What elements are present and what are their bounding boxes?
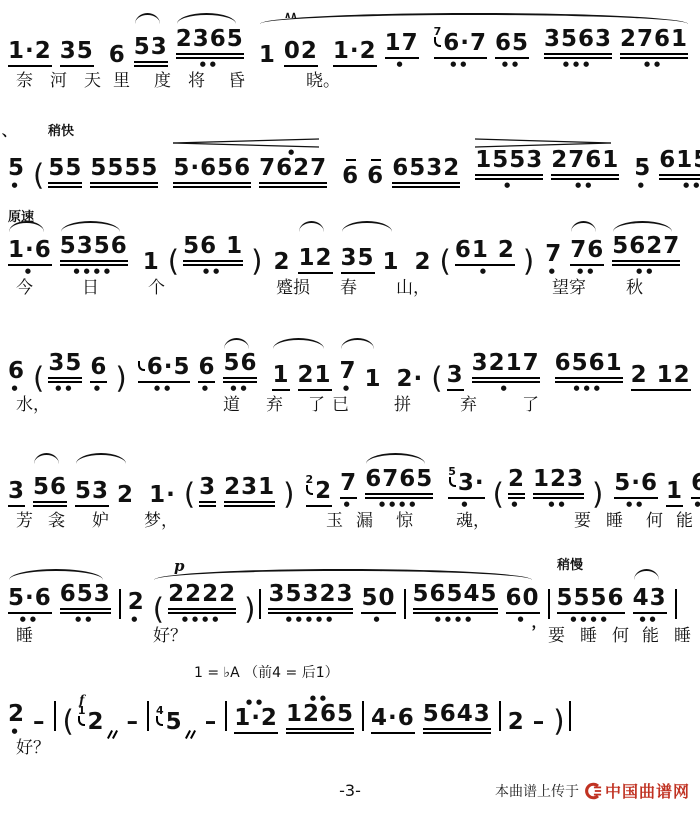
beam-underline: [33, 501, 67, 503]
lyric-syllable: 今: [16, 277, 33, 299]
note-token: 6·5●●: [138, 355, 191, 391]
octave-dots-low: ●●: [48, 385, 82, 391]
lyric-syllable: 睡: [674, 625, 691, 647]
grace-note: 7: [434, 26, 442, 47]
notation-line: 5●(5555555·656●76276665321553●2761●●5●61…: [8, 122, 692, 188]
phrase-paren: ): [244, 596, 255, 622]
phrase-paren: (: [33, 162, 44, 188]
octave-dots-low: ●●: [183, 268, 243, 274]
slur: [34, 453, 59, 464]
note-token: 4·6: [371, 706, 415, 734]
beam-underline: [60, 65, 94, 67]
note-token: 1: [272, 363, 289, 391]
sheet-music-page: 1·2356532365●●1021·217●76·7●●65●●3563●●●…: [0, 0, 700, 813]
phrase-paren: ): [592, 481, 603, 507]
tempo-label: 稍慢: [557, 559, 583, 573]
octave-dots-low: ●●●●: [413, 616, 498, 622]
phrase-paren: (: [168, 248, 179, 274]
lyric-syllable: 好？: [153, 625, 187, 647]
accent-mark: [346, 159, 356, 162]
note-token: 35323●●●●●: [268, 582, 353, 622]
beam-underline: [259, 186, 327, 188]
note-token: 2 12: [631, 363, 691, 391]
note-token: 65●●: [495, 31, 529, 67]
note-token: 61 2●: [455, 238, 515, 274]
beam-underline: [223, 377, 257, 379]
beam-underline: [365, 493, 433, 495]
grace-note: 4: [156, 705, 164, 726]
lyric-syllable: 日: [82, 277, 99, 299]
beam-underline: [612, 260, 680, 262]
note-token: f12: [78, 695, 119, 734]
octave-dots-low: ●●●●: [168, 616, 236, 622]
lyrics-line: 今日个蹙损春山，望穿秋: [8, 277, 692, 303]
beam-underline: [168, 612, 236, 614]
note-token: 1·: [149, 483, 176, 507]
beam-underline: [60, 612, 111, 614]
lyric-syllable: 水，: [16, 394, 50, 416]
beam-underline: [508, 497, 525, 499]
music-system: 5·6●●653●●2●(2222●●●●)35323●●●●●50●56545…: [8, 556, 692, 651]
decrescendo-hairpin: [475, 133, 611, 152]
note-token: 5555: [90, 156, 158, 188]
beam-underline: [8, 65, 52, 67]
beam-underline: [268, 608, 353, 610]
beam-underline: [620, 53, 688, 55]
lyric-syllable: 魂，: [456, 510, 490, 532]
beam-underline: [48, 186, 82, 188]
crescendo-hairpin: [173, 133, 319, 152]
slur: [341, 338, 374, 349]
music-system: 3565321·(3231)227●6765●●●●53·●(2●123●●)5…: [8, 446, 692, 536]
octave-dots-low: ●: [448, 501, 484, 507]
beam-underline: [340, 497, 357, 499]
beam-underline: [60, 264, 128, 266]
note-token: 56 1●●: [183, 234, 243, 274]
octave-dots-low: ●: [475, 182, 543, 188]
octave-dots-low: ●: [472, 385, 540, 391]
note-token: ●●1·2: [234, 699, 278, 734]
lyric-syllable: 衾: [48, 510, 65, 532]
phrase-paren: (: [431, 365, 442, 391]
note-token: 76●●: [570, 238, 604, 274]
note-token: 35●●: [48, 351, 82, 391]
beam-underline: [8, 505, 25, 507]
lyric-syllable: 将: [188, 70, 205, 92]
beam-underline: [472, 381, 540, 383]
octave-dots-low: ●: [90, 385, 107, 391]
beam-underline: [633, 612, 667, 614]
beam-underline: [176, 57, 244, 59]
note-token: ●●1265: [286, 695, 354, 734]
beam-underline: [495, 57, 529, 59]
lyrics-line: 芳衾妒梦，玉漏惊魂，要睡何能: [8, 510, 692, 536]
note-token: –: [127, 710, 140, 734]
note-token: 7●: [545, 242, 562, 274]
beam-underline: [551, 174, 619, 176]
beam-underline: [48, 182, 82, 184]
page-footer: -3- 本曲谱上传于 中国曲谱网: [0, 779, 700, 805]
note-token: 2: [415, 250, 432, 274]
octave-dots-low: ●: [691, 501, 700, 507]
beam-underline: [298, 272, 332, 274]
note-token: 653●●: [60, 582, 111, 622]
beam-underline: [75, 505, 109, 507]
octave-dots-low: ●●●: [544, 61, 612, 67]
note-token: 2·: [397, 367, 424, 391]
uploader-credit: 本曲谱上传于 中国曲谱网: [495, 779, 690, 802]
beam-underline: [286, 732, 354, 734]
lyric-syllable: 个: [148, 277, 165, 299]
barline: [569, 701, 571, 731]
beam-underline: [60, 608, 111, 610]
key-signature: 1 = ♭A （前4 = 后1̇）: [194, 666, 339, 680]
octave-dots-low: ●: [198, 385, 215, 391]
slur: [177, 13, 236, 24]
barline: [675, 589, 677, 619]
note-token: 6●: [90, 355, 107, 391]
lyric-syllable: 天: [84, 70, 101, 92]
note-token: 22: [306, 474, 333, 507]
lyric-syllable: 惊: [396, 510, 413, 532]
octave-dots-low: ●: [8, 728, 25, 734]
note-token: 1: [259, 43, 276, 67]
beam-underline: [570, 264, 604, 266]
lyric-syllable: 何: [646, 510, 663, 532]
lyric-syllable: 玉: [326, 510, 343, 532]
note-token: 02: [284, 39, 318, 67]
octave-dots-low: ●●: [223, 385, 257, 391]
site-name: 中国曲谱网: [605, 779, 690, 802]
beam-underline: [659, 178, 700, 180]
note-token: 1: [143, 250, 160, 274]
beam-underline: [423, 728, 491, 730]
beam-underline: [259, 182, 327, 184]
note-token: 2●: [128, 590, 145, 622]
octave-dots-low: ●: [545, 268, 562, 274]
slur: [260, 13, 688, 24]
beam-underline: [168, 608, 236, 610]
octave-dots-low: ●●●●: [557, 616, 625, 622]
accent-mark: [371, 159, 381, 162]
beam-underline: [659, 174, 700, 176]
beam-underline: [371, 732, 415, 734]
note-token: ●7627: [259, 149, 327, 188]
note-token: 3563●●●: [544, 27, 612, 67]
note-token: 3: [447, 363, 464, 391]
beam-underline: [455, 264, 515, 266]
lyric-syllable: 梦，: [144, 510, 178, 532]
beam-underline: [392, 182, 460, 184]
note-token: 1553●: [475, 148, 543, 188]
beam-underline: [8, 612, 52, 614]
note-token: 1·6●: [8, 238, 52, 274]
octave-dots-low: ●●: [659, 182, 700, 188]
beam-underline: [544, 57, 612, 59]
note-token: 60●，: [506, 586, 540, 622]
beam-underline: [173, 186, 251, 188]
phrase-paren: ): [251, 248, 262, 274]
music-system: 1·2356532365●●1021·217●76·7●●65●●3563●●●…: [8, 6, 692, 96]
phrase-paren: ): [115, 365, 126, 391]
note-token: 5●: [634, 156, 651, 188]
note-token: 3217●: [472, 351, 540, 391]
note-token: 5·6●●: [614, 471, 658, 507]
note-token: 2365●●: [176, 27, 244, 67]
octave-dots-low: ●: [340, 385, 357, 391]
note-token: 17●: [385, 31, 419, 67]
beam-underline: [475, 174, 543, 176]
beam-underline: [138, 381, 191, 383]
note-token: 6: [342, 159, 359, 189]
lyric-syllable: 秋: [626, 277, 643, 299]
note-token: 3: [8, 479, 25, 507]
octave-dots-low: ●: [508, 501, 525, 507]
octave-dots-low: ●●: [60, 616, 111, 622]
note-token: 5·656: [173, 156, 251, 188]
music-system: 1·6●5356●●●●1(56 1●●)2123512(61 2●)7●76●…: [8, 208, 692, 303]
beam-underline: [8, 264, 52, 266]
barline: [225, 701, 227, 731]
octave-dots-low: ●: [634, 182, 651, 188]
lyric-syllable: 道: [223, 394, 240, 416]
barline: [548, 589, 550, 619]
barline: [259, 589, 261, 619]
note-token: 6●: [198, 355, 215, 391]
beam-underline: [508, 493, 525, 495]
lyrics-line: 奈河天里度将昏晓。: [8, 70, 692, 96]
barline: [404, 589, 406, 619]
note-token: 6: [109, 43, 126, 67]
lyrics-line: 好？: [8, 737, 692, 763]
beam-underline: [555, 377, 623, 379]
slur: [154, 569, 532, 580]
beam-underline: [198, 381, 215, 383]
barline: [119, 589, 121, 619]
octave-dots-low: ●●: [176, 61, 244, 67]
octave-dots-low: ●: [361, 616, 395, 622]
beam-underline: [555, 381, 623, 383]
phrase-paren: (: [63, 708, 74, 734]
music-system: 6●(35●●6●)6·5●●6●56●●1217●12·(33217●6561…: [8, 331, 692, 420]
note-token: 5·6●●: [8, 586, 52, 622]
octave-dots-low: ●●: [434, 61, 487, 67]
note-token: –: [533, 710, 546, 734]
beam-underline: [413, 612, 498, 614]
lyric-syllable: 妒: [92, 510, 109, 532]
beam-underline: [268, 612, 353, 614]
note-token: –: [205, 710, 218, 734]
beam-underline: [551, 178, 619, 180]
lyric-syllable: 山，: [396, 277, 430, 299]
beam-underline: [173, 182, 251, 184]
notation-line: 1·2356532365●●1021·217●76·7●●65●●3563●●●…: [8, 6, 692, 67]
note-token: –: [33, 710, 46, 734]
lyric-syllable: 了: [308, 394, 325, 416]
octave-dots-low: ●●: [633, 616, 667, 622]
continuation-mark: 、: [2, 125, 16, 139]
note-token: 5●: [8, 156, 25, 188]
beam-underline: [333, 65, 377, 67]
lyric-syllable: 河: [50, 70, 67, 92]
dynamic-label: p: [174, 559, 185, 573]
beam-underline: [183, 260, 243, 262]
lyric-syllable: 睡: [580, 625, 597, 647]
note-token: 2●: [508, 467, 525, 507]
lyric-syllable: 能: [676, 510, 693, 532]
tempo-label: 稍快: [48, 125, 74, 139]
octave-dots-low: ●: [8, 268, 52, 274]
phrase-paren: (: [440, 248, 451, 274]
note-token: 12: [298, 246, 332, 274]
grace-hook-icon: [156, 716, 163, 726]
octave-dots-low: ●●: [612, 268, 680, 274]
phrase-paren: ): [283, 481, 294, 507]
slur: [571, 221, 596, 232]
beam-underline: [691, 497, 700, 499]
octave-dots-low: ●: [340, 501, 357, 507]
grace-note: 5: [448, 466, 456, 487]
beam-underline: [612, 264, 680, 266]
lyric-syllable: 了: [522, 394, 539, 416]
beam-underline: [361, 612, 395, 614]
note-token: 55: [48, 156, 82, 188]
slur: [135, 13, 160, 24]
grace-hook-icon: [306, 485, 313, 495]
note-token: 56: [33, 475, 67, 507]
note-token: 6●: [691, 471, 700, 507]
beam-underline: [533, 497, 584, 499]
phrase-paren: (: [184, 481, 195, 507]
beam-underline: [666, 505, 683, 507]
note-token: 43●●: [633, 586, 667, 622]
lyric-syllable: 弃: [266, 394, 283, 416]
beam-underline: [614, 497, 658, 499]
note-token: 53: [134, 35, 168, 67]
slur: [273, 338, 324, 349]
beam-underline: [620, 57, 688, 59]
note-token: 6●: [8, 359, 25, 391]
beam-underline: [33, 505, 67, 507]
tempo-label: 原速: [8, 211, 34, 225]
phrase-paren: (: [493, 481, 504, 507]
note-token: 56545●●●●: [413, 582, 498, 622]
beam-underline: [544, 53, 612, 55]
octave-dots-low: ●: [385, 61, 419, 67]
beam-underline: [199, 505, 216, 507]
note-token: 5627●●: [612, 234, 680, 274]
beam-underline: [224, 505, 275, 507]
beam-underline: [134, 65, 168, 67]
note-token: 2761●●: [551, 148, 619, 188]
note-token: 35: [341, 246, 375, 274]
lyric-syllable: 拼: [394, 394, 411, 416]
notation-line: 6●(35●●6●)6·5●●6●56●●1217●12·(33217●6561…: [8, 331, 692, 391]
octave-dots-low: ●●: [570, 268, 604, 274]
notation-line: 2●–(f12–45–●●1·2●●12654·656432–)1 = ♭A （…: [8, 663, 692, 734]
note-token: 2222●●●●: [168, 582, 236, 622]
lyric-syllable: 弃: [460, 394, 477, 416]
lyric-syllable: 睡: [606, 510, 623, 532]
beam-underline: [413, 608, 498, 610]
lyric-syllable: 已: [332, 394, 349, 416]
beam-underline: [234, 732, 278, 734]
beam-underline: [183, 264, 243, 266]
notation-line: 3565321·(3231)227●6765●●●●53·●(2●123●●)5…: [8, 446, 692, 507]
beam-underline: [298, 389, 332, 391]
lyric-syllable: 里: [113, 70, 130, 92]
note-token: 6: [367, 159, 384, 189]
octave-dots-low: ●●: [8, 616, 52, 622]
note-token: 21: [298, 363, 332, 391]
note-token: 5356●●●●: [60, 234, 128, 274]
beam-underline: [448, 497, 484, 499]
note-token: 1: [666, 479, 683, 507]
note-token: 45: [156, 705, 197, 734]
lyric-syllable: 能: [642, 625, 659, 647]
octave-dots-low: ●: [8, 385, 25, 391]
grace-hook-icon: [78, 716, 85, 726]
slur: [299, 221, 324, 232]
beam-underline: [90, 381, 107, 383]
lyric-syllable: 春: [340, 277, 357, 299]
beam-underline: [199, 501, 216, 503]
beam-underline: [557, 612, 625, 614]
note-token: 6561●●●: [555, 351, 623, 391]
note-token: 2●: [8, 702, 25, 734]
octave-dots-low: ●●: [138, 385, 191, 391]
lyric-syllable: 要: [574, 510, 591, 532]
note-token: 76·7●●: [434, 26, 487, 67]
barline: [499, 701, 501, 731]
lyric-syllable: 望穿: [552, 277, 586, 299]
phrase-paren: ): [523, 248, 534, 274]
note-token: 123●●: [533, 467, 584, 507]
lyric-syllable: 昏: [228, 70, 245, 92]
beam-underline: [48, 381, 82, 383]
note-token: 5643: [423, 702, 491, 734]
note-token: 7●: [340, 471, 357, 507]
lyric-syllable: 好？: [16, 737, 50, 759]
phrase-paren: (: [33, 365, 44, 391]
octave-dots-low: ●●: [551, 182, 619, 188]
barline: [54, 701, 56, 731]
beam-underline: [631, 389, 691, 391]
note-token: 6156●●: [659, 148, 700, 188]
site-logo-icon: [584, 782, 602, 800]
barline: [362, 701, 364, 731]
beam-underline: [176, 53, 244, 55]
octave-dots-low: ●●: [495, 61, 529, 67]
note-token: 1·2: [333, 39, 377, 67]
slur: [342, 221, 392, 232]
octave-dots-low: ●: [455, 268, 515, 274]
slur: [61, 221, 120, 232]
page-number: -3-: [339, 781, 361, 800]
lyric-syllable: 漏: [356, 510, 373, 532]
lyric-syllable: 芳: [16, 510, 33, 532]
note-token: 2: [273, 250, 290, 274]
notation-area: 1·2356532365●●1021·217●76·7●●65●●3563●●●…: [8, 6, 692, 763]
site-logo[interactable]: 中国曲谱网: [584, 779, 690, 802]
lyric-syllable: 度: [154, 70, 171, 92]
beam-underline: [223, 381, 257, 383]
beam-underline: [306, 505, 333, 507]
octave-dots-low: ●: [128, 616, 145, 622]
beam-underline: [272, 389, 289, 391]
grace-note: 2: [306, 474, 314, 495]
note-token: 3: [199, 475, 216, 507]
